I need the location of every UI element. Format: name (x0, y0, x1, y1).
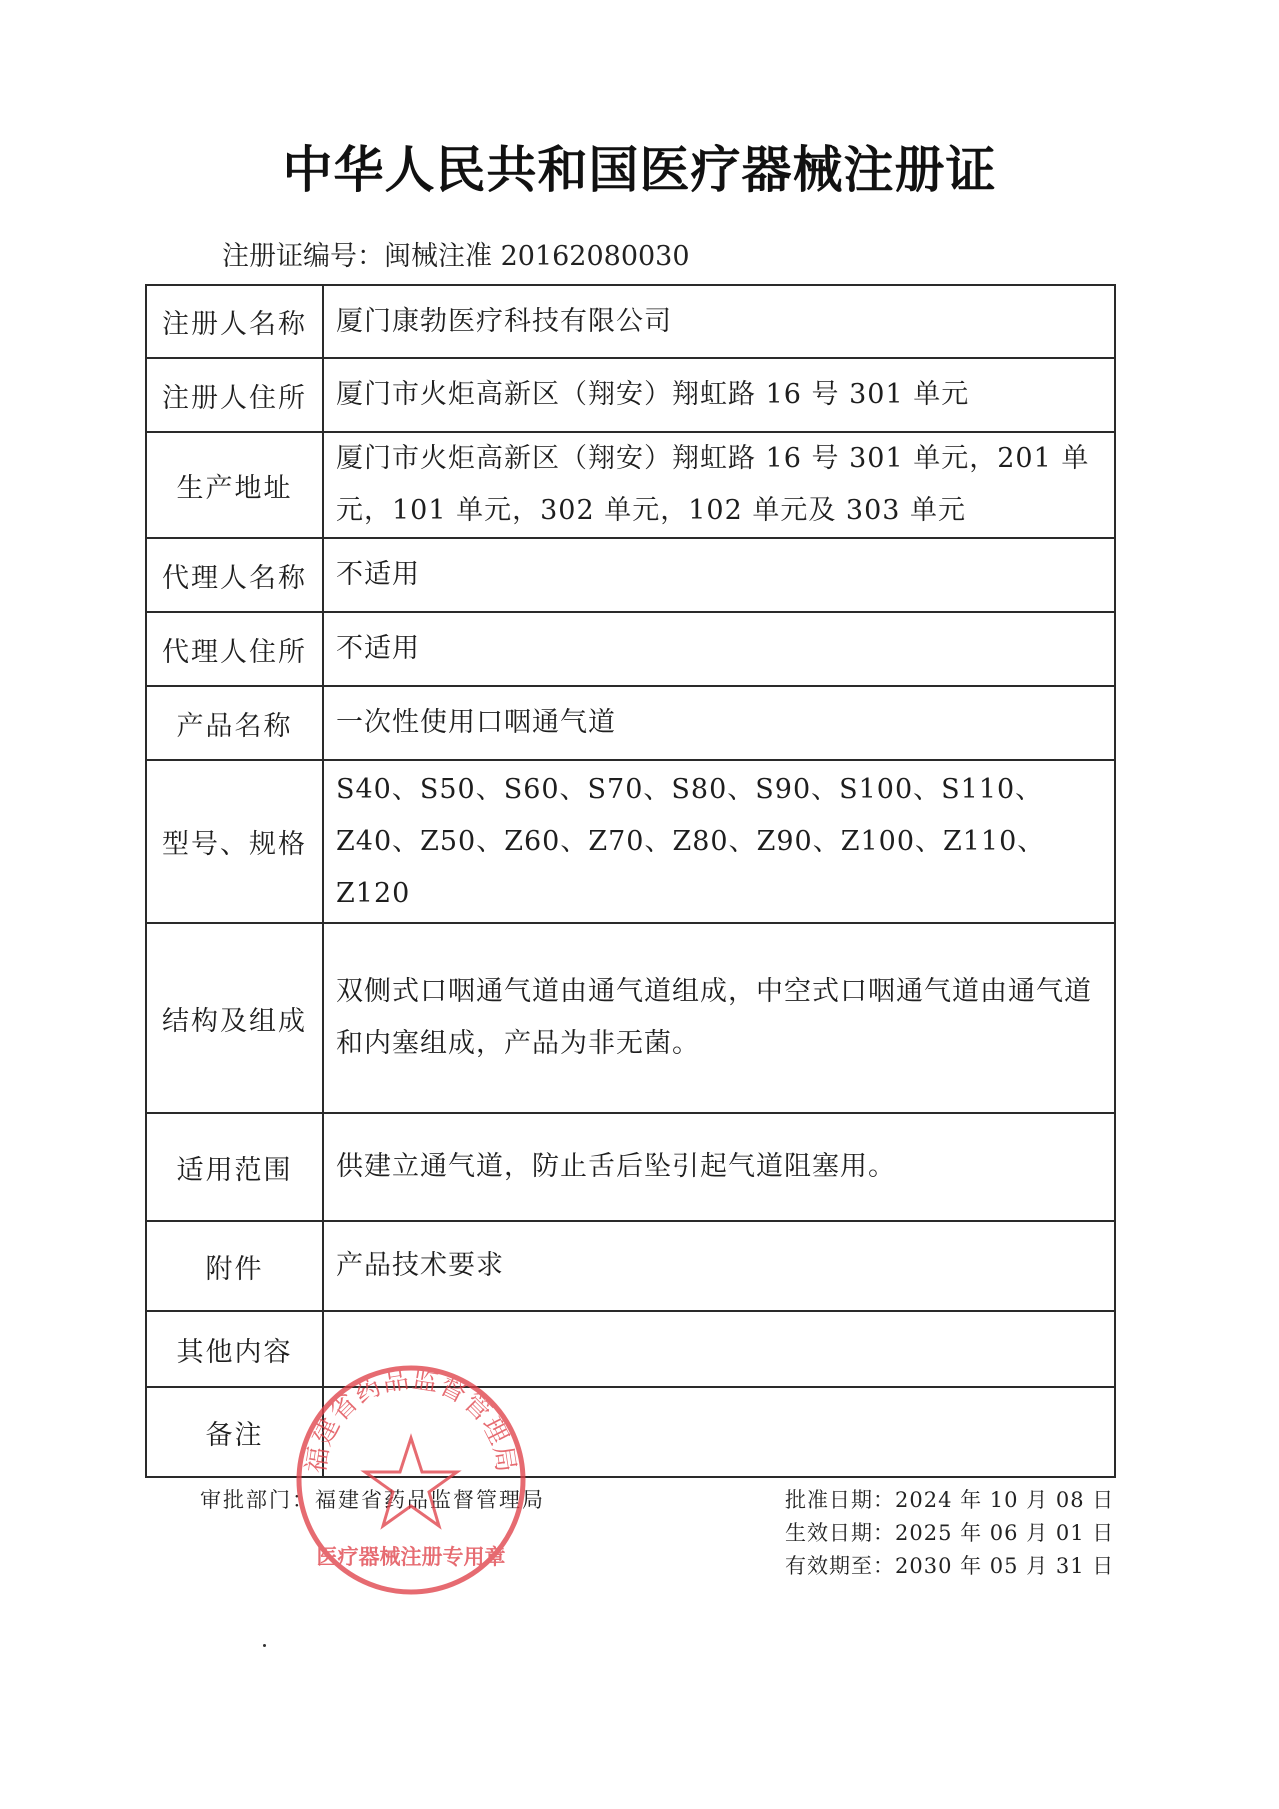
registration-number-value: 闽械注准 20162080030 (384, 241, 690, 272)
registration-number-label: 注册证编号： (222, 241, 384, 272)
table-row: 适用范围 供建立通气道，防止舌后坠引起气道阻塞用。 (146, 1113, 1115, 1221)
dates-block: 批准日期：2024 年 10 月 08 日 生效日期：2025 年 06 月 0… (785, 1484, 1114, 1583)
table-row: 注册人住所 厦门市火炬高新区（翔安）翔虹路 16 号 301 单元 (146, 358, 1115, 432)
approval-date-value: 2024 年 10 月 08 日 (895, 1488, 1114, 1512)
expiry-date-value: 2030 年 05 月 31 日 (895, 1554, 1114, 1578)
row-label: 产品名称 (146, 686, 323, 760)
row-label: 注册人名称 (146, 285, 323, 358)
row-label: 适用范围 (146, 1113, 323, 1221)
table-row: 结构及组成 双侧式口咽通气道由通气道组成，中空式口咽通气道由通气道和内塞组成，产… (146, 923, 1115, 1113)
row-value: 不适用 (323, 538, 1115, 612)
approval-date-label: 批准日期： (785, 1488, 895, 1512)
table-row: 生产地址 厦门市火炬高新区（翔安）翔虹路 16 号 301 单元，201 单元，… (146, 432, 1115, 538)
approval-department: 审批部门：福建省药品监督管理局 (200, 1484, 545, 1514)
registration-number: 注册证编号：闽械注准 20162080030 (222, 234, 690, 273)
certificate-table: 注册人名称 厦门康勃医疗科技有限公司 注册人住所 厦门市火炬高新区（翔安）翔虹路… (145, 284, 1116, 1478)
row-value: 双侧式口咽通气道由通气道组成，中空式口咽通气道由通气道和内塞组成，产品为非无菌。 (323, 923, 1115, 1113)
row-value: 厦门市火炬高新区（翔安）翔虹路 16 号 301 单元，201 单元，101 单… (323, 432, 1115, 538)
row-value: 产品技术要求 (323, 1221, 1115, 1311)
row-value: 一次性使用口咽通气道 (323, 686, 1115, 760)
row-value: 厦门康勃医疗科技有限公司 (323, 285, 1115, 358)
approval-date: 批准日期：2024 年 10 月 08 日 (785, 1484, 1114, 1517)
row-label: 生产地址 (146, 432, 323, 538)
table-row: 产品名称 一次性使用口咽通气道 (146, 686, 1115, 760)
row-label: 型号、规格 (146, 760, 323, 923)
document-title: 中华人民共和国医疗器械注册证 (0, 130, 1279, 202)
table-row: 其他内容 (146, 1311, 1115, 1387)
table-row: 代理人住所 不适用 (146, 612, 1115, 686)
table-row: 型号、规格 S40、S50、S60、S70、S80、S90、S100、S110、… (146, 760, 1115, 923)
effective-date: 生效日期：2025 年 06 月 01 日 (785, 1517, 1114, 1550)
row-value: S40、S50、S60、S70、S80、S90、S100、S110、Z40、Z5… (323, 760, 1115, 923)
expiry-date-label: 有效期至： (785, 1554, 895, 1578)
table-row: 代理人名称 不适用 (146, 538, 1115, 612)
row-label: 结构及组成 (146, 923, 323, 1113)
table-row: 附件 产品技术要求 (146, 1221, 1115, 1311)
seal-inner-text: 医疗器械注册专用章 (317, 1545, 506, 1569)
row-value (323, 1311, 1115, 1387)
row-value: 供建立通气道，防止舌后坠引起气道阻塞用。 (323, 1113, 1115, 1221)
row-label: 代理人住所 (146, 612, 323, 686)
scan-speck (263, 1644, 266, 1647)
effective-date-label: 生效日期： (785, 1521, 895, 1545)
row-label: 附件 (146, 1221, 323, 1311)
expiry-date: 有效期至：2030 年 05 月 31 日 (785, 1550, 1114, 1583)
effective-date-value: 2025 年 06 月 01 日 (895, 1521, 1114, 1545)
row-value: 厦门市火炬高新区（翔安）翔虹路 16 号 301 单元 (323, 358, 1115, 432)
approval-department-label: 审批部门： (200, 1488, 315, 1512)
row-label: 其他内容 (146, 1311, 323, 1387)
row-value (323, 1387, 1115, 1477)
row-label: 备注 (146, 1387, 323, 1477)
row-label: 代理人名称 (146, 538, 323, 612)
table-row: 注册人名称 厦门康勃医疗科技有限公司 (146, 285, 1115, 358)
approval-department-value: 福建省药品监督管理局 (315, 1488, 545, 1512)
row-value: 不适用 (323, 612, 1115, 686)
row-label: 注册人住所 (146, 358, 323, 432)
table-row: 备注 (146, 1387, 1115, 1477)
